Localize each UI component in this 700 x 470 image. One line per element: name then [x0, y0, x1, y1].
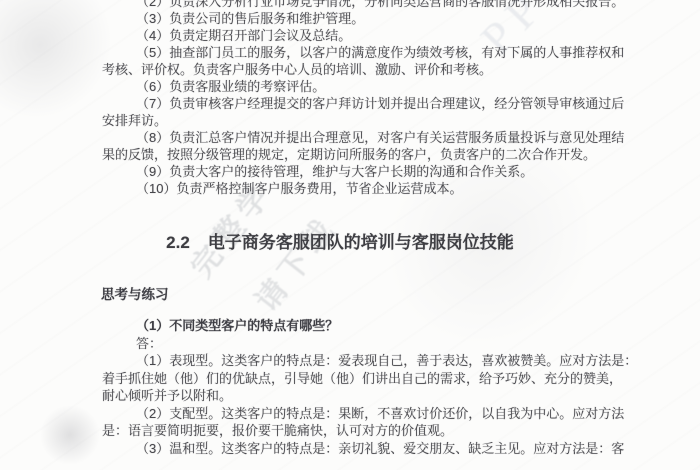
answer-label: 答：: [102, 335, 647, 353]
question-line: （1）不同类型客户的特点有哪些？: [102, 317, 647, 335]
duty-line-continuation: 果的反馈，按照分级管理的规定，定期访问所服务的客户，负责客户的二次合作开发。: [102, 146, 647, 163]
answer-line: （2）支配型。这类客户的特点是：果断，不喜欢讨价还价，以自我为中心。应对方法: [102, 405, 647, 423]
duty-line: （2）负责深入分析行业市场竞争情况，分析同类运营商的客服情况并形成相关报告。: [102, 0, 647, 10]
duty-line-continuation: 安排拜访。: [102, 112, 647, 129]
answer-line-continuation: 是：语言要简明扼要，报价要干脆痛快，认可对方的价值观。: [102, 422, 647, 440]
answer-line: （1）表现型。这类客户的特点是：爱表现自己，善于表达，喜欢被赞美。应对方法是：: [102, 352, 647, 370]
duty-line: （6）负责客服业绩的考察评估。: [102, 78, 647, 95]
scan-smudge-bottom-left: [40, 405, 100, 465]
duty-line: （3）负责公司的售后服务和维护管理。: [102, 10, 647, 27]
exercise-qa: （1）不同类型客户的特点有哪些？ 答： （1）表现型。这类客户的特点是：爱表现自…: [102, 317, 647, 457]
answer-line: （3）温和型。这类客户的特点是：亲切礼貌、爱交朋友、缺乏主见。应对方法是：客: [102, 440, 647, 458]
duty-line: （7）负责审核客户经理提交的客户拜访计划并提出合理建议，经分管领导审核通过后: [102, 95, 647, 112]
section-title: 电子商务客服团队的培训与客服岗位技能: [208, 233, 514, 252]
duty-line: （8）负责汇总客户情况并提出合理意见，对客户有关运营服务质量投诉与意见处理结: [102, 129, 647, 146]
answer-line-continuation: 着手抓住她（他）们的优缺点，引导她（他）们讲出自己的需求，给予巧妙、充分的赞美，: [102, 370, 647, 388]
section-number: 2.2: [166, 233, 190, 252]
watermark-text-fragment: 请下载: [243, 205, 346, 320]
duties-list: （2）负责深入分析行业市场竞争情况，分析同类运营商的客服情况并形成相关报告。 （…: [102, 0, 647, 197]
duty-line: （5）抽查部门员工的服务，以客户的满意度作为绩效考核，有对下属的人事推荐权和: [102, 44, 647, 61]
document-page: 完整学 请下载 PP （2）负责深入分析行业市场竞争情况，分析同类运营商的客服情…: [0, 0, 700, 470]
duty-line: （9）负责大客户的接待管理，维护与大客户长期的沟通和合作关系。: [102, 163, 647, 180]
section-heading: 2.2电子商务客服团队的培训与客服岗位技能: [0, 228, 690, 253]
duty-line: （10）负责严格控制客户服务费用，节省企业运营成本。: [102, 180, 647, 197]
duty-line: （4）负责定期召开部门会议及总结。: [102, 27, 647, 44]
answer-line-continuation: 耐心倾听并予以附和。: [102, 387, 647, 405]
duty-line-continuation: 考核、评价权。负责客户服务中心人员的培训、激励、评价和考核。: [102, 61, 647, 78]
exercise-heading: 思考与练习: [101, 283, 169, 303]
